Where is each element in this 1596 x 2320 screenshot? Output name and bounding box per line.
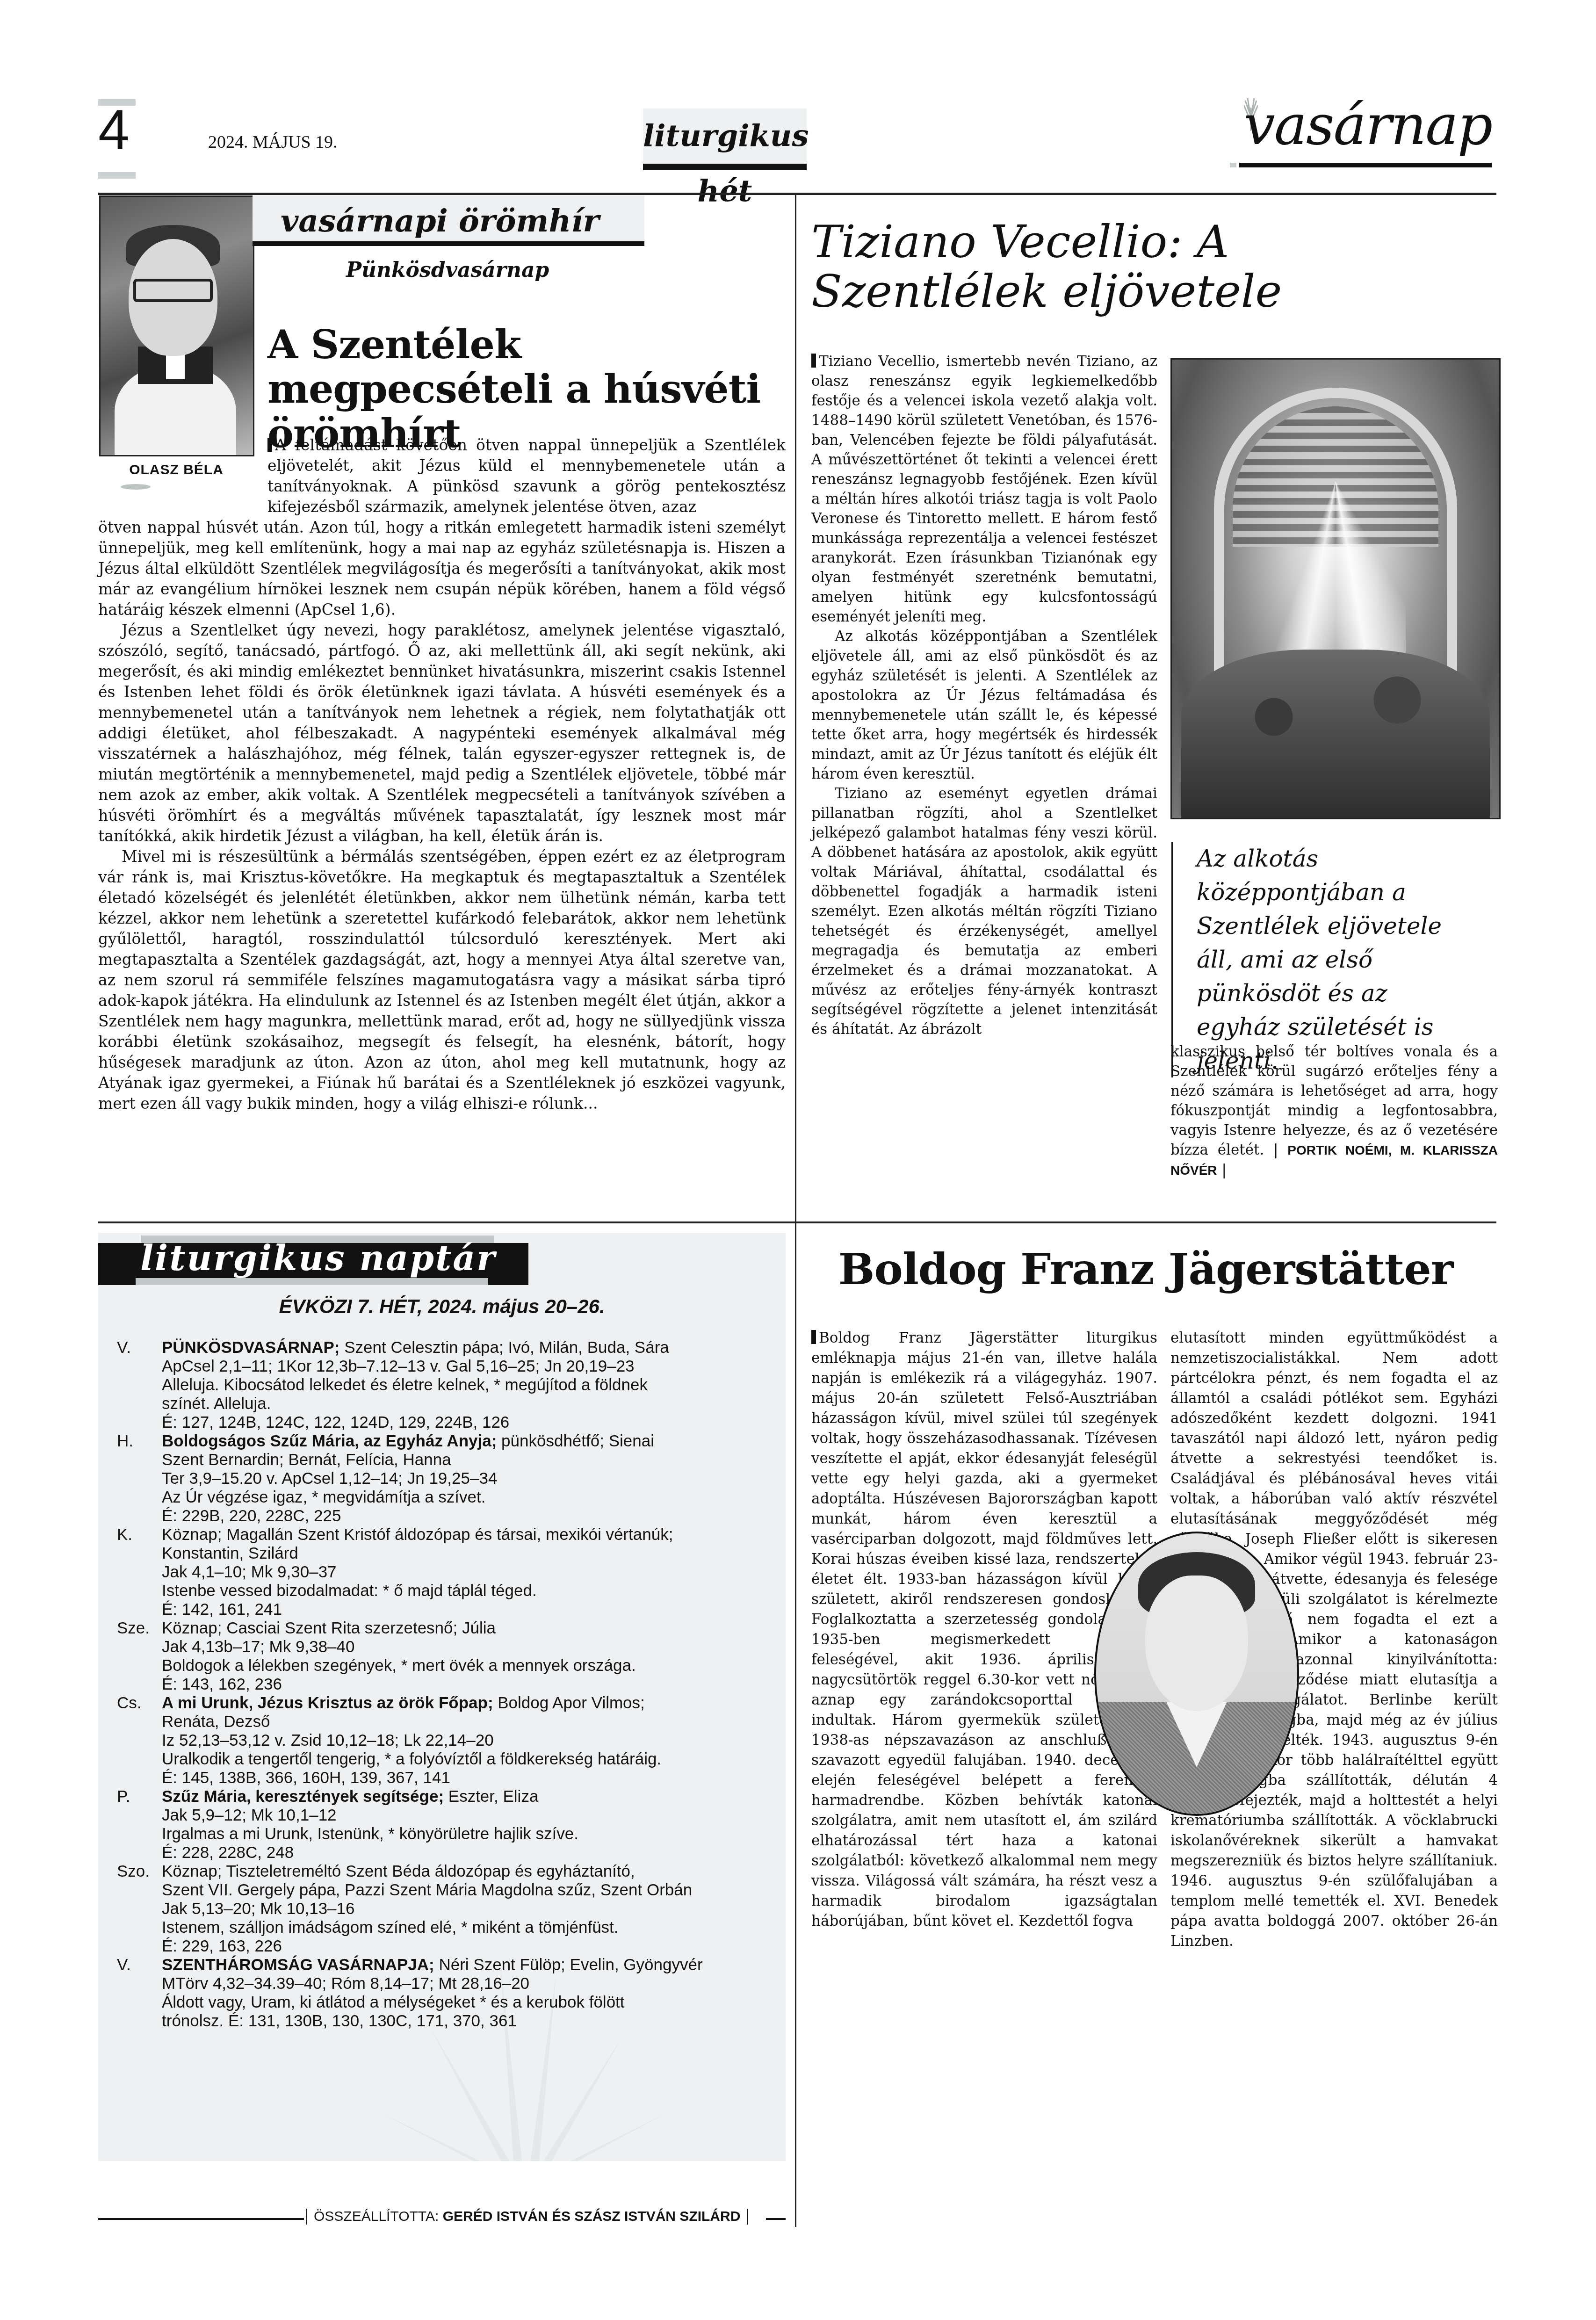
calendar-day-list: V. PÜNKÖSDVASÁRNAP; Szent Celesztin pápa… — [117, 1338, 781, 2031]
newspaper-brand: vasárnap — [1244, 97, 1492, 152]
section-divider — [98, 1221, 1496, 1223]
article-subkicker: Pünkösdvasárnap — [346, 258, 549, 282]
article-headline: Tiziano Vecellio: A Szentlélek eljövetel… — [811, 217, 1419, 316]
calendar-day: Cs. A mi Urunk, Jézus Krisztus az örök F… — [117, 1694, 781, 1787]
column-kicker: vasárnapi örömhír — [253, 195, 644, 246]
calendar-day: Sze. Köznap; Casciai Szent Rita szerzete… — [117, 1619, 781, 1694]
byline-ornament — [121, 484, 151, 490]
calendar-day: Szo. Köznap; Tiszteletreméltó Szent Béda… — [117, 1862, 781, 1956]
author-photo — [99, 195, 254, 456]
column-divider-top — [795, 194, 796, 1223]
calendar-title: liturgikus naptár — [140, 1238, 496, 1279]
header-divider — [98, 193, 1496, 195]
page-number-bar-bottom — [98, 172, 136, 179]
paragraph: ötven nappal húsvét után. Azon túl, hogy… — [98, 517, 786, 620]
paragraph: Tiziano az eseményt egyetlen drámai pill… — [811, 784, 1157, 1039]
painting-image — [1170, 358, 1501, 819]
calendar-day: K. Köznap; Magallán Szent Kristóf áldozó… — [117, 1525, 781, 1619]
lead-marker-icon — [811, 1330, 816, 1344]
paragraph: Az alkotás középpontjában a Szentlélek e… — [811, 627, 1157, 784]
issue-date: 2024. MÁJUS 19. — [208, 132, 338, 152]
section-label: liturgikus hét — [643, 108, 807, 170]
paragraph: Jézus a Szentlelket úgy nevezi, hogy par… — [98, 620, 786, 846]
lead-marker-icon — [811, 354, 816, 368]
article-body-column-1: Tiziano Vecellio, ismertebb nevén Tizian… — [811, 352, 1157, 1039]
calendar-title-accent — [136, 1278, 488, 1285]
article-lead: A feltámadást követően ötven nappal ünne… — [267, 435, 786, 517]
calendar-day: H. Boldogságos Szűz Mária, az Egyház Any… — [117, 1432, 781, 1525]
article-body: ötven nappal húsvét után. Azon túl, hogy… — [98, 517, 786, 1114]
calendar-week: ÉVKÖZI 7. HÉT, 2024. május 20–26. — [98, 1295, 786, 1318]
brand-rule — [1239, 163, 1492, 167]
author-byline: OLASZ BÉLA — [99, 462, 253, 478]
column-divider-bottom — [795, 1221, 796, 2227]
article-body-column-2: klasszikus belső tér boltíves vonala és … — [1170, 1042, 1498, 1180]
calendar-credit: ÖSSZEÁLLÍTOTTA: GERÉD ISTVÁN ÉS SZÁSZ IS… — [98, 2209, 786, 2227]
brand-rule-accent — [1230, 163, 1236, 167]
calendar-day: P. Szűz Mária, keresztények segítsége; E… — [117, 1787, 781, 1862]
page-number: 4 — [98, 102, 130, 158]
calendar-day: V. SZENTHÁROMSÁG VASÁRNAPJA; Néri Szent … — [117, 1956, 781, 2031]
lead-marker-icon — [267, 438, 272, 452]
portrait-photo — [1094, 1532, 1299, 1816]
paragraph: Mivel mi is részesültünk a bérmálás szen… — [98, 846, 786, 1114]
calendar-day: V. PÜNKÖSDVASÁRNAP; Szent Celesztin pápa… — [117, 1338, 781, 1432]
article-headline: Boldog Franz Jägerstätter — [795, 1244, 1496, 1294]
